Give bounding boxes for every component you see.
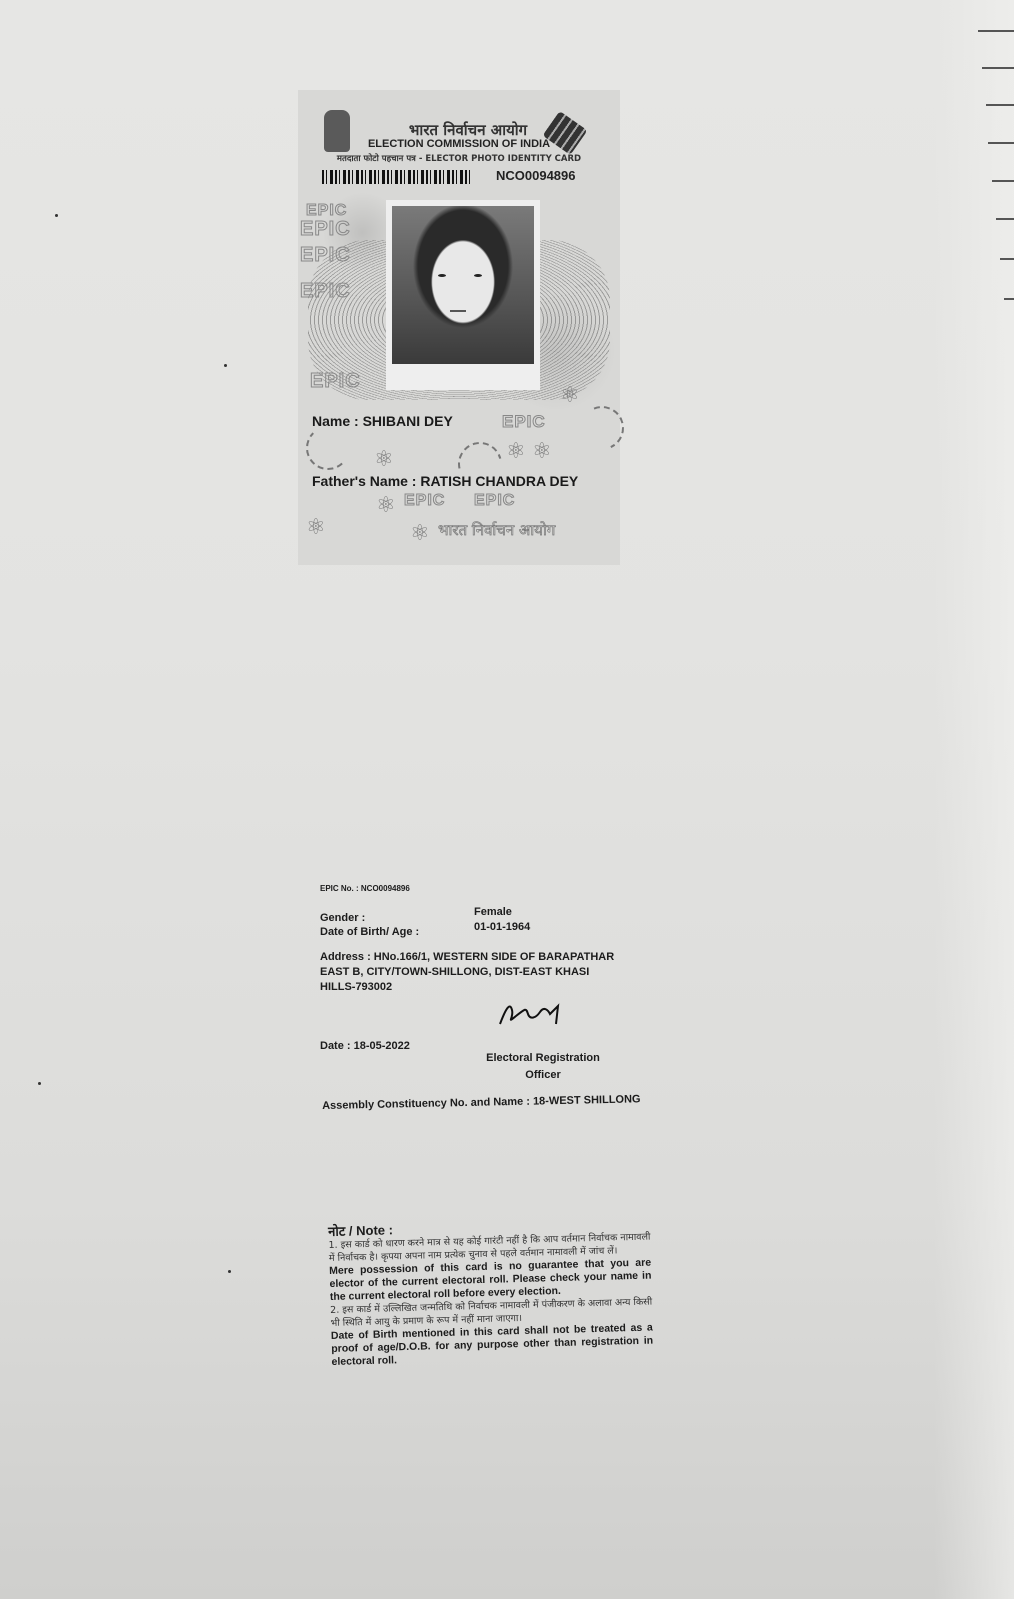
- officer-title: Electoral Registration Officer: [468, 1050, 618, 1084]
- paper-edge-shadow: [934, 0, 1014, 1599]
- issue-date: Date : 18-05-2022: [320, 1040, 410, 1052]
- gender-label: Gender :: [320, 912, 365, 924]
- atom-icon: ⚛: [410, 520, 430, 546]
- card-subtitle: मतदाता फोटो पहचान पत्र - ELECTOR PHOTO I…: [298, 153, 620, 164]
- father-name: Father's Name : RATISH CHANDRA DEY: [312, 472, 612, 490]
- epic-watermark: EPIC: [300, 244, 351, 267]
- father-value: RATISH CHANDRA DEY: [420, 473, 578, 489]
- voter-id-front: भारत निर्वाचन आयोग ELECTION COMMISSION O…: [298, 90, 620, 565]
- atom-icon: ⚛: [306, 514, 326, 540]
- name-value: SHIBANI DEY: [363, 413, 453, 429]
- atom-icon: ⚛: [374, 446, 394, 472]
- commission-title-hindi: भारत निर्वाचन आयोग: [378, 120, 558, 140]
- notebook-rule-line: [982, 67, 1014, 69]
- notebook-rule-line: [978, 30, 1014, 32]
- decorative-arc: [574, 400, 630, 456]
- epic-number: NCO0094896: [496, 168, 576, 183]
- atom-icon: ⚛: [560, 382, 580, 408]
- epic-watermark: EPIC: [404, 492, 445, 510]
- dob-label: Date of Birth/ Age :: [320, 926, 419, 938]
- epic-watermark: EPIC: [300, 280, 351, 303]
- gender-value: Female: [474, 906, 512, 918]
- paper-speck: [38, 1082, 41, 1085]
- epic-watermark: EPIC: [310, 370, 361, 393]
- father-label: Father's Name :: [312, 473, 416, 489]
- officer-title-line1: Electoral Registration: [468, 1050, 618, 1067]
- notebook-rule-line: [1004, 298, 1014, 300]
- note-section: नोट / Note : 1. इस कार्ड को धारण करने मा…: [328, 1217, 654, 1369]
- photo-mouth: [450, 310, 466, 312]
- commission-title: ELECTION COMMISSION OF INDIA: [354, 138, 564, 150]
- epic-watermark: EPIC: [300, 218, 351, 241]
- epic-watermark: EPIC: [502, 412, 546, 432]
- hindi-watermark: भारत निर्वाचन आयोग: [438, 520, 555, 540]
- photo-eye: [438, 274, 446, 277]
- notebook-rule-line: [986, 104, 1014, 106]
- paper-speck: [224, 364, 227, 367]
- notebook-rule-line: [1000, 258, 1014, 260]
- decorative-arc: [306, 426, 350, 470]
- officer-title-line2: Officer: [468, 1067, 618, 1084]
- barcode: [322, 170, 472, 184]
- notebook-rule-line: [988, 142, 1014, 144]
- photo-eye: [474, 274, 482, 277]
- address: Address : HNo.166/1, WESTERN SIDE OF BAR…: [320, 950, 620, 995]
- atom-icon: ⚛: [376, 492, 396, 518]
- national-emblem-icon: [324, 110, 350, 152]
- holder-photo: [386, 200, 540, 390]
- atom-icon: ⚛: [532, 438, 552, 464]
- note-2-english: Date of Birth mentioned in this card sha…: [331, 1322, 654, 1369]
- notebook-rule-line: [996, 218, 1014, 220]
- notebook-rule-line: [992, 180, 1014, 182]
- paper-speck: [228, 1270, 231, 1273]
- atom-icon: ⚛: [506, 438, 526, 464]
- officer-signature: [496, 998, 566, 1028]
- paper-speck: [55, 214, 58, 217]
- epic-watermark: EPIC: [474, 492, 515, 510]
- dob-value: 01-01-1964: [474, 921, 530, 933]
- epic-number-back: EPIC No. : NCO0094896: [320, 884, 410, 893]
- assembly-constituency: Assembly Constituency No. and Name : 18-…: [322, 1091, 642, 1115]
